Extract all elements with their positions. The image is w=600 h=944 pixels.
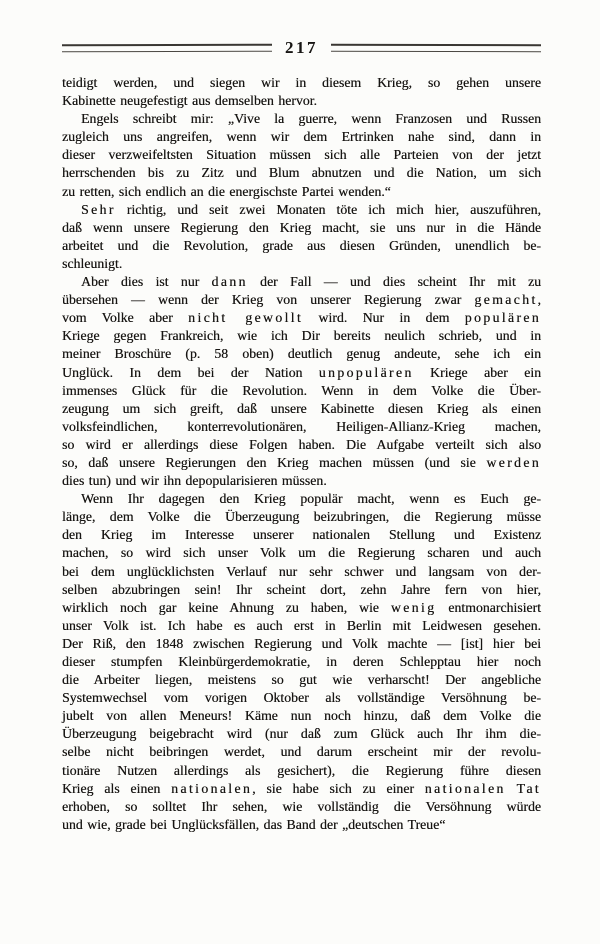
text-line: selben abzubringen sein! Ihr scheint dor… bbox=[62, 581, 541, 599]
emphasized-text: unpopulären bbox=[319, 365, 414, 380]
text-line: zugleich uns angreifen, wenn wir dem Ert… bbox=[62, 128, 541, 146]
text-line: dieser verzweifeltsten Situation müssen … bbox=[62, 146, 541, 164]
paragraph: Sehr richtig, und seit zwei Monaten töte… bbox=[62, 201, 541, 273]
text-line: Kriege gegen Frankreich, wie ich Dir ber… bbox=[62, 327, 541, 345]
text-line: machen, so wird sich unser Volk um die R… bbox=[62, 544, 541, 562]
text-line: Systemwechsel vom vorigen Oktober als vo… bbox=[62, 689, 541, 707]
text-line: Wenn Ihr dagegen den Krieg populär macht… bbox=[62, 490, 541, 508]
text-line: tionäre Nutzen allerdings als gesichert)… bbox=[62, 762, 541, 780]
text-line: jubelt von allen Meneurs! Käme nun noch … bbox=[62, 707, 541, 725]
running-head: 217 bbox=[62, 38, 541, 58]
emphasized-text: dann bbox=[212, 274, 248, 289]
paragraph: Engels schreibt mir: „Vive la guerre, we… bbox=[62, 110, 541, 200]
text-line: wirklich noch gar keine Ahnung zu haben,… bbox=[62, 599, 541, 617]
text-line: zu retten, sich endlich an die energisch… bbox=[62, 183, 541, 201]
text-line: so, daß unsere Regierungen den Krieg mac… bbox=[62, 454, 541, 472]
text-line: so wird er allerdings diese Folgen haben… bbox=[62, 436, 541, 454]
page-number: 217 bbox=[285, 39, 318, 58]
emphasized-text: Sehr bbox=[81, 202, 116, 217]
emphasized-text: nationalen bbox=[171, 781, 252, 796]
text-line: teidigt werden, und siegen wir in diesem… bbox=[62, 74, 541, 92]
text-line: und wie, grade bei Unglücksfällen, das B… bbox=[62, 816, 541, 834]
text-line: daß wenn unsere Regierung den Krieg mach… bbox=[62, 219, 541, 237]
text-line: herrschenden bis zu Zitz und Blum abnutz… bbox=[62, 164, 541, 182]
emphasized-text: populären bbox=[465, 310, 541, 325]
text-line: Unglück. In dem bei der Nation unpopulär… bbox=[62, 364, 541, 382]
emphasized-text: werden bbox=[486, 455, 541, 470]
body-text: teidigt werden, und siegen wir in diesem… bbox=[62, 74, 541, 834]
header-rule-right bbox=[331, 44, 541, 52]
text-line: Kabinette neugefestigt aus demselben her… bbox=[62, 92, 541, 110]
text-line: dies tun) und wir ihn depopularisieren m… bbox=[62, 472, 541, 490]
text-line: unser Volk ist. Ich habe es auch erst in… bbox=[62, 617, 541, 635]
paragraph: Aber dies ist nur dann der Fall — und di… bbox=[62, 273, 541, 490]
text-line: Aber dies ist nur dann der Fall — und di… bbox=[62, 273, 541, 291]
emphasized-text: wenig bbox=[391, 600, 436, 615]
text-line: meiner Broschüre (p. 58 oben) deutlich g… bbox=[62, 345, 541, 363]
header-rule-left bbox=[62, 44, 272, 53]
text-line: länge, dem Volke die Überzeugung beizubr… bbox=[62, 508, 541, 526]
text-line: die Arbeiter liegen, meistens so gut wie… bbox=[62, 671, 541, 689]
text-line: dieser stumpfen Kleinbürgerdemokratie, i… bbox=[62, 653, 541, 671]
text-line: Engels schreibt mir: „Vive la guerre, we… bbox=[62, 110, 541, 128]
book-page: 217 teidigt werden, und siegen wir in di… bbox=[0, 0, 600, 944]
emphasized-text: nationalen bbox=[425, 781, 506, 796]
text-line: Der Riß, den 1848 zwischen Regierung und… bbox=[62, 635, 541, 653]
text-line: selbe nicht beibringen werdet, und darum… bbox=[62, 743, 541, 761]
emphasized-text: gemacht bbox=[474, 292, 537, 307]
text-line: erhoben, so solltet Ihr sehen, wie volls… bbox=[62, 798, 541, 816]
emphasized-text: Tat bbox=[517, 781, 541, 796]
text-line: volksfeindlichen, konterrevolutionären, … bbox=[62, 418, 541, 436]
text-line: arbeitet und die Revolution, grade aus d… bbox=[62, 237, 541, 255]
text-line: den Krieg im Interesse unserer nationale… bbox=[62, 526, 541, 544]
text-line: zeugung um sich greift, daß unsere Kabin… bbox=[62, 400, 541, 418]
text-line: Krieg als einen nationalen, sie habe sic… bbox=[62, 780, 541, 798]
text-line: immenses Glück für die Revolution. Wenn … bbox=[62, 382, 541, 400]
text-line: vom Volke aber nicht gewollt wird. Nur i… bbox=[62, 309, 541, 327]
emphasized-text: nicht gewollt bbox=[188, 310, 303, 325]
text-line: schleunigt. bbox=[62, 255, 541, 273]
text-line: übersehen — wenn der Krieg von unserer R… bbox=[62, 291, 541, 309]
paragraph: Wenn Ihr dagegen den Krieg populär macht… bbox=[62, 490, 541, 834]
text-line: Sehr richtig, und seit zwei Monaten töte… bbox=[62, 201, 541, 219]
text-line: Überzeugung beigebracht wird (nur daß zu… bbox=[62, 725, 541, 743]
text-line: bei dem unglücklichsten Verlauf nur sehr… bbox=[62, 563, 541, 581]
paragraph: teidigt werden, und siegen wir in diesem… bbox=[62, 74, 541, 110]
